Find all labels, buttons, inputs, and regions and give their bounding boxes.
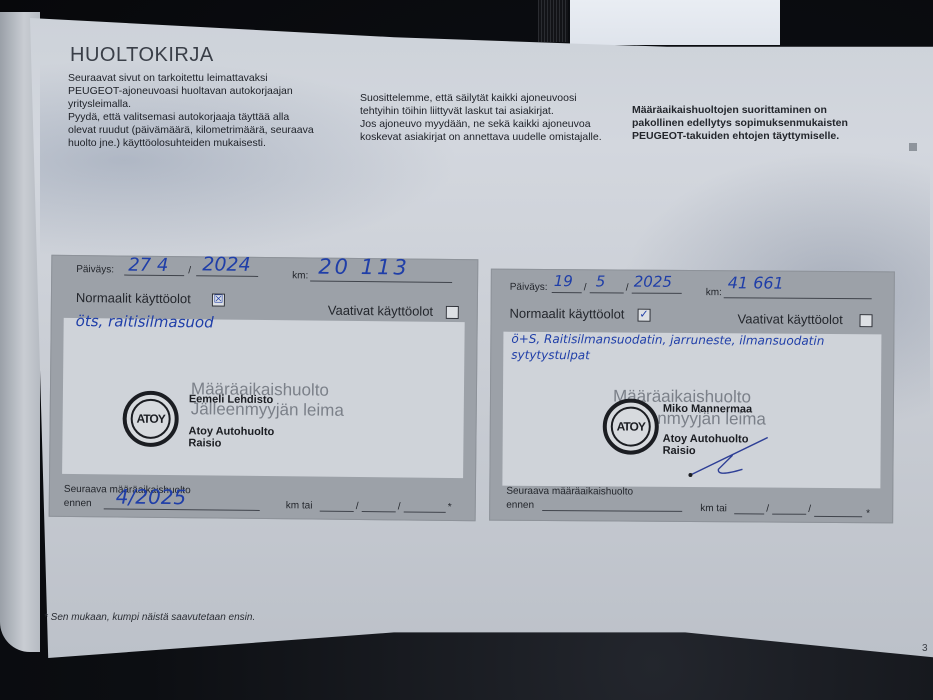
- separator: /: [356, 501, 359, 512]
- background-paper: [570, 0, 780, 45]
- date-day-value: 27 4: [128, 255, 168, 276]
- intro-line: Jos ajoneuvo myydään, ne sekä kaikki ajo…: [360, 118, 630, 131]
- date-separator: /: [188, 265, 191, 276]
- km-field-2[interactable]: [772, 502, 806, 515]
- intro-middle: Suosittelemme, että säilytät kaikki ajon…: [360, 92, 630, 144]
- intro-line: Suosittelemme, että säilytät kaikki ajon…: [360, 92, 630, 105]
- intro-line: PEUGEOT-takuiden ehtojen täyttymiselle.: [632, 130, 892, 143]
- normal-conditions-checkbox[interactable]: ☒: [212, 293, 225, 306]
- demanding-conditions-label: Vaativat käyttöolot: [737, 311, 842, 327]
- next-service-date-field[interactable]: [542, 498, 682, 512]
- notes-text: öts, raitisilmasuod: [76, 312, 214, 331]
- date-month-value: 5: [596, 272, 606, 290]
- km-field-1[interactable]: [734, 501, 764, 514]
- signature-icon: [672, 433, 782, 484]
- separator: /: [766, 504, 769, 515]
- intro-line: Pyydä, että valitsemasi autokorjaaja täy…: [68, 111, 358, 124]
- km-label: km:: [706, 287, 722, 298]
- intro-line: tehtyihin töihin liittyvät laskut tai as…: [360, 105, 630, 118]
- stamp-person: Eemeli Lehdisto: [189, 393, 273, 406]
- asterisk: *: [866, 508, 870, 519]
- service-entry-2: Päiväys: 19 / 5 / 2025 km: 41 661 Normaa…: [489, 269, 895, 524]
- atoy-logo-icon: ATOY: [122, 391, 179, 448]
- km-field-3[interactable]: [814, 504, 862, 517]
- corner-marker: [909, 143, 917, 151]
- before-label: ennen: [506, 500, 534, 511]
- logo-text: ATOY: [130, 399, 170, 439]
- footnote: * Sen mukaan, kumpi näistä saavutetaan e…: [44, 612, 255, 623]
- page-title: HUOLTOKIRJA: [70, 44, 214, 67]
- intro-line: PEUGEOT-ajoneuvoasi huoltavan autokorjaa…: [68, 85, 358, 98]
- normal-conditions-label: Normaalit käyttöolot: [510, 306, 625, 322]
- page-number: 3: [922, 643, 928, 654]
- atoy-logo-icon: ATOY: [603, 398, 659, 454]
- intro-line: Määräaikaishuoltojen suorittaminen on: [632, 104, 892, 117]
- notes-text-line-2: sytytystulpat: [511, 348, 590, 363]
- normal-conditions-checkbox[interactable]: ✓: [638, 309, 651, 322]
- asterisk: *: [448, 502, 452, 513]
- date-day-value: 19: [554, 272, 573, 290]
- date-separator: /: [626, 283, 629, 294]
- date-label: Päiväys:: [76, 264, 114, 275]
- date-label: Päiväys:: [510, 282, 548, 293]
- intro-left: Seuraavat sivut on tarkoitettu leimattav…: [68, 72, 358, 150]
- before-label: ennen: [64, 498, 92, 509]
- logo-text: ATOY: [611, 406, 651, 446]
- intro-line: olevat ruudut (päivämäärä, kilometrimäär…: [68, 124, 358, 137]
- km-or-label: km tai: [286, 500, 313, 511]
- normal-conditions-label: Normaalit käyttöolot: [76, 290, 191, 306]
- stamp-city: Raisio: [188, 437, 221, 449]
- intro-right: Määräaikaishuoltojen suorittaminen on pa…: [632, 104, 892, 143]
- km-value: 20 113: [318, 255, 410, 280]
- notes-area[interactable]: ö+S, Raitisilmansuodatin, jarruneste, il…: [502, 332, 881, 489]
- km-value: 41 661: [728, 273, 784, 292]
- service-entry-1: Päiväys: 27 4 / 2024 km: 20 113 Normaali…: [49, 255, 479, 521]
- date-separator: /: [584, 282, 587, 293]
- intro-line: Seuraavat sivut on tarkoitettu leimattav…: [68, 72, 358, 85]
- date-year-value: 2025: [634, 273, 672, 291]
- stamp-company: Atoy Autohuolto: [188, 425, 274, 438]
- km-field-1[interactable]: [320, 499, 354, 512]
- demanding-conditions-checkbox[interactable]: [446, 306, 459, 319]
- km-or-label: km tai: [700, 503, 727, 514]
- page-stack-edge: [538, 0, 568, 42]
- intro-line: huolto jne.) käyttöolosuhteiden mukaises…: [68, 137, 358, 150]
- intro-line: pakollinen edellytys sopimuksenmukaisten: [632, 117, 892, 130]
- stamp-person: Miko Mannermaa: [663, 403, 752, 416]
- date-year-value: 2024: [202, 253, 251, 276]
- demanding-conditions-checkbox[interactable]: [859, 314, 872, 327]
- km-field-3[interactable]: [404, 499, 446, 512]
- notes-text-line-1: ö+S, Raitisilmansuodatin, jarruneste, il…: [511, 332, 824, 348]
- km-label: km:: [292, 270, 308, 281]
- intro-line: koskevat asiakirjat on annettava uudelle…: [360, 131, 630, 144]
- next-service-label: Seuraava määräaikaishuolto: [506, 486, 633, 498]
- next-service-value: 4/2025: [116, 484, 187, 509]
- notes-area[interactable]: öts, raitisilmasuod Määräaikaishuolto Jä…: [62, 318, 465, 478]
- demanding-conditions-label: Vaativat käyttöolot: [328, 303, 433, 319]
- intro-line: yritysleimalla.: [68, 98, 358, 111]
- km-field-2[interactable]: [362, 499, 396, 512]
- separator: /: [808, 504, 811, 515]
- separator: /: [398, 501, 401, 512]
